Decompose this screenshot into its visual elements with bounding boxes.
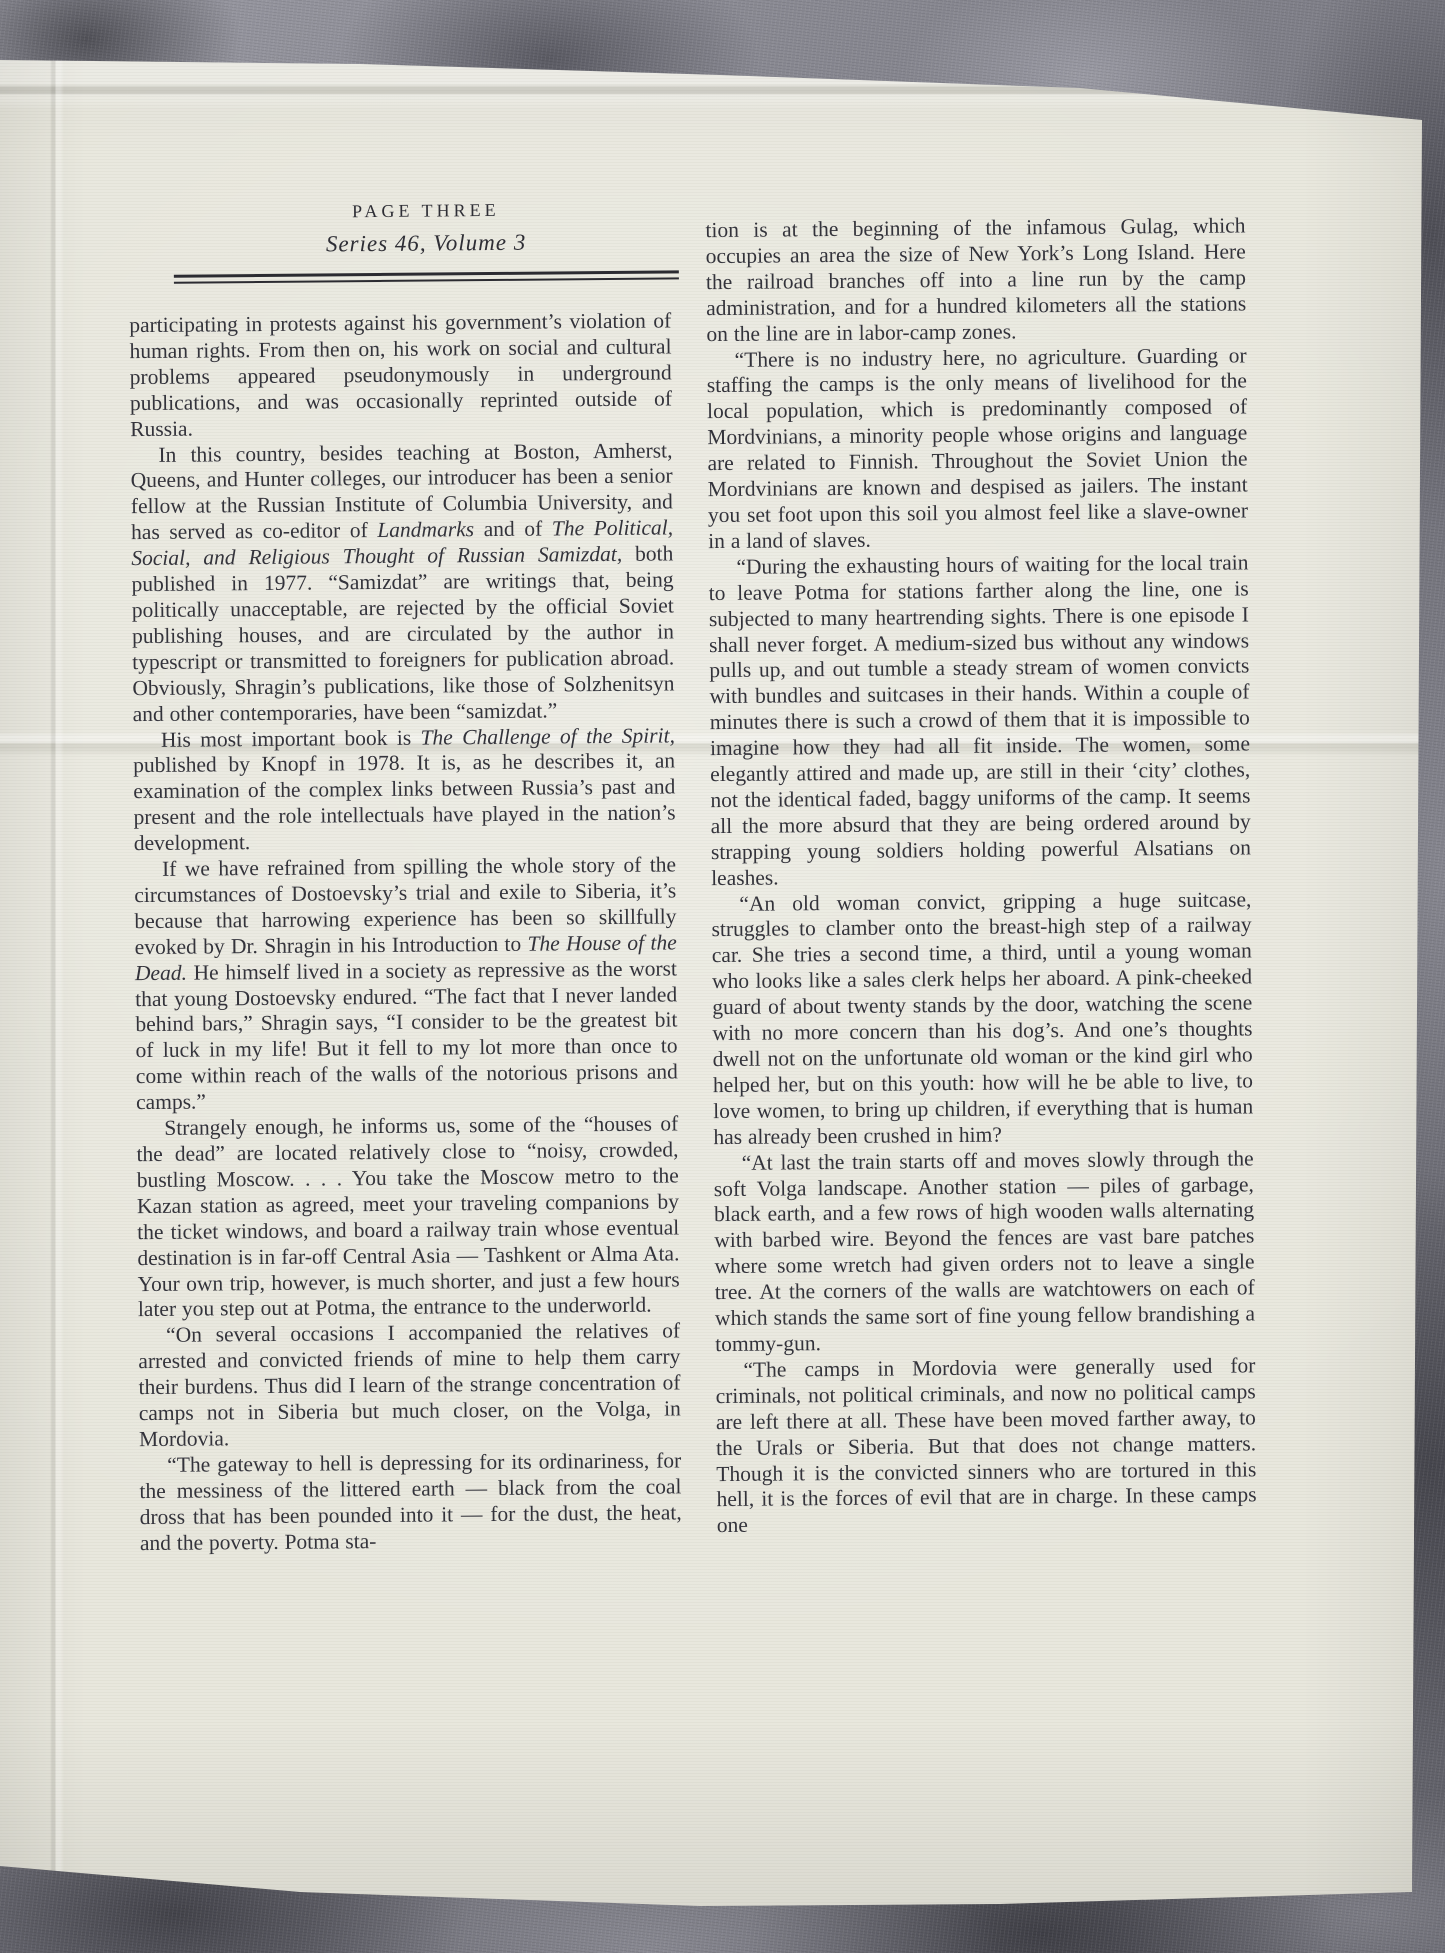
paragraph: tion is at the beginning of the infamous…: [705, 213, 1246, 347]
paragraph: “There is no industry here, no agricultu…: [707, 343, 1249, 555]
right-column: tion is at the beginning of the infamous…: [705, 213, 1257, 1539]
body-text: “During the exhausting hours of waiting …: [709, 550, 1251, 890]
paragraph: If we have refrained from spilling the w…: [134, 852, 678, 1116]
book-title-text: The Challenge of the Spirit,: [420, 723, 675, 749]
paragraph: In this country, besides teaching at Bos…: [130, 438, 674, 728]
body-text: His most important book is: [161, 725, 421, 751]
paragraph: participating in protests against his go…: [129, 308, 672, 442]
body-text: tion is at the beginning of the infamous…: [705, 213, 1246, 345]
header-double-rule: [174, 270, 679, 283]
body-text: “At last the train starts off and moves …: [714, 1146, 1255, 1356]
body-text: “There is no industry here, no agricultu…: [707, 343, 1248, 553]
body-text: “The gateway to hell is depressing for i…: [139, 1448, 681, 1554]
book-title-text: Landmarks: [377, 517, 474, 542]
masthead: PAGE THREE Series 46, Volume 3: [153, 198, 699, 283]
body-text: and of: [474, 517, 552, 542]
paragraph: “On several occasions I accompanied the …: [138, 1319, 681, 1453]
paragraph: Strangely enough, he informs us, some of…: [136, 1111, 680, 1323]
rule-thin-line: [174, 277, 679, 283]
page-content: PAGE THREE Series 46, Volume 3 participa…: [0, 0, 1445, 1953]
paragraph: “At last the train starts off and moves …: [714, 1146, 1256, 1358]
paragraph: “The gateway to hell is depressing for i…: [139, 1448, 682, 1556]
body-text: participating in protests against his go…: [129, 308, 672, 440]
paragraph: “An old woman convict, gripping a huge s…: [711, 887, 1253, 1151]
body-text: He himself lived in a society as repress…: [135, 956, 678, 1114]
body-text: “An old woman convict, gripping a huge s…: [711, 887, 1253, 1149]
paragraph: “During the exhausting hours of waiting …: [708, 550, 1251, 891]
body-text: “The camps in Mordovia were generally us…: [716, 1353, 1257, 1537]
left-column: participating in protests against his go…: [129, 308, 682, 1556]
paragraph: “The camps in Mordovia were generally us…: [715, 1353, 1257, 1539]
rule-thick-line: [174, 270, 679, 277]
newsletter-page: PAGE THREE Series 46, Volume 3 participa…: [0, 0, 1445, 1953]
body-text: published by Knopf in 1978. It is, as he…: [133, 749, 676, 855]
body-text: “On several occasions I accompanied the …: [138, 1319, 681, 1451]
body-text: Strangely enough, he informs us, some of…: [136, 1111, 679, 1321]
paragraph: His most important book is The Challenge…: [133, 723, 676, 857]
series-volume-label: Series 46, Volume 3: [153, 228, 698, 259]
page-number-label: PAGE THREE: [153, 198, 698, 224]
